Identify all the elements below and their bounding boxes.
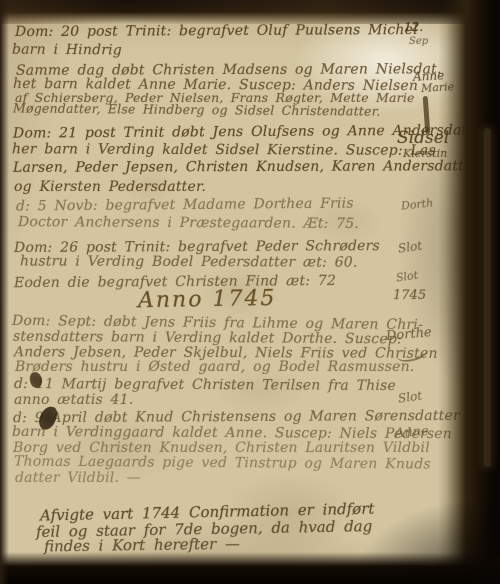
page-number: 12. xyxy=(404,20,423,34)
entry-line: anno ætatis 41. xyxy=(14,393,133,407)
margin-note: 1745 xyxy=(393,288,426,303)
entry-line: Møgendatter, Else Hindberg og Sidsel Chr… xyxy=(13,102,381,118)
margin-note: Kierstin xyxy=(403,147,447,160)
year-heading: Anno 1745 xyxy=(138,286,277,313)
entry-line: her barn i Verding kaldet Sidsel Kiersti… xyxy=(12,142,436,157)
margin-note: Dorth xyxy=(400,196,433,212)
entry-line: Brøders hustru i Østed gaard, og Bodel R… xyxy=(15,360,414,374)
book-frame-top xyxy=(0,0,500,24)
entry-line: Thomas Laegaards pige ved Tinstrup og Ma… xyxy=(14,455,431,472)
margin-note: Slot xyxy=(397,388,423,405)
entry-line: d: 9 April døbt Knud Christensens og Mar… xyxy=(13,409,460,425)
entry-line: Larsen, Peder Jepsen, Christen Knudsen, … xyxy=(13,159,469,175)
entry-line: d: 5 Novb: begrafvet Madame Dorthea Frii… xyxy=(16,197,354,214)
book-frame-left xyxy=(0,0,9,584)
margin-note: Sidsel xyxy=(397,128,449,148)
margin-note: Marie xyxy=(421,80,455,95)
entry-line: Dom: 26 post Trinit: begrafvet Peder Sch… xyxy=(14,239,380,255)
book-frame-bottom xyxy=(0,552,500,584)
entry-line: d: 11 Martij begrafvet Christen Terilsen… xyxy=(14,377,396,393)
entry-line: barn i Verdinggaard kaldet Anne. Suscep:… xyxy=(12,425,452,441)
entry-line: hustru i Verding Bodel Pedersdatter æt: … xyxy=(20,254,358,269)
parish-register-photo: Dom: 20 post Trinit: begrafvet Oluf Puul… xyxy=(0,0,500,584)
entry-line: og Kiersten Pedersdatter. xyxy=(14,180,206,194)
entry-line: Dom: 20 post Trinit: begrafvet Oluf Puul… xyxy=(15,23,418,39)
footnote-line: findes i Kort herefter — xyxy=(44,535,240,556)
margin-note: Dorthe xyxy=(385,325,432,344)
margin-note: Slot xyxy=(397,238,423,255)
margin-note: Anne xyxy=(395,424,430,441)
entry-line: datter Vildbil. — xyxy=(15,471,141,485)
entry-line: barn i Hindrig xyxy=(12,43,122,58)
entry-line: Doctor Anchersens i Præstegaarden. Æt: 7… xyxy=(18,215,359,231)
margin-note: Slot xyxy=(395,269,419,285)
entry-line: Borg ved Christen Knudsen, Christen Laur… xyxy=(13,441,430,455)
margin-note: Sep xyxy=(409,36,428,47)
